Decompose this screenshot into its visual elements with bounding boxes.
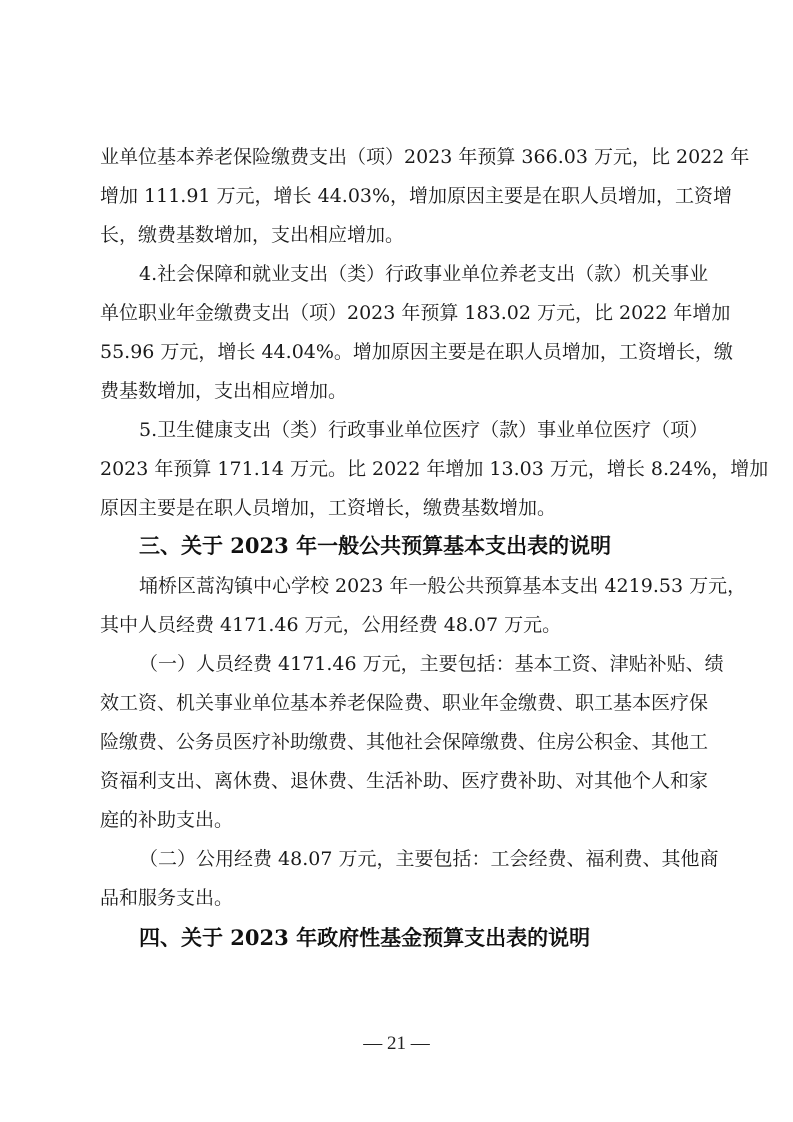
text-line: 增加 111.91 万元，增长 44.03%，增加原因主要是在职人员增加，工资增 [100, 184, 696, 208]
document-page: 业单位基本养老保险缴费支出（项）2023 年预算 366.03 万元，比 202… [0, 0, 793, 1122]
text-line: 55.96 万元，增长 44.04%。增加原因主要是在职人员增加，工资增长，缴 [100, 340, 696, 364]
text-line: 效工资、机关事业单位基本养老保险费、职业年金缴费、职工基本医疗保 [100, 691, 696, 715]
text-line: 2023 年预算 171.14 万元。比 2022 年增加 13.03 万元，增… [100, 457, 696, 481]
text-line: 其中人员经费 4171.46 万元，公用经费 48.07 万元。 [100, 613, 696, 637]
text-line: 业单位基本养老保险缴费支出（项）2023 年预算 366.03 万元，比 202… [100, 145, 696, 169]
text-line: 单位职业年金缴费支出（项）2023 年预算 183.02 万元，比 2022 年… [100, 301, 696, 325]
text-line: （一）人员经费 4171.46 万元，主要包括：基本工资、津贴补贴、绩 [139, 652, 696, 676]
page-number: — 21 — [0, 1032, 793, 1056]
text-line: 品和服务支出。 [100, 886, 696, 910]
text-line: 埇桥区蒿沟镇中心学校 2023 年一般公共预算基本支出 4219.53 万元， [139, 574, 696, 598]
text-line: 险缴费、公务员医疗补助缴费、其他社会保障缴费、住房公积金、其他工 [100, 730, 696, 754]
section-heading-3: 三、关于 2023 年一般公共预算基本支出表的说明 [139, 533, 611, 559]
text-line: 庭的补助支出。 [100, 808, 696, 832]
text-line: 4.社会保障和就业支出（类）行政事业单位养老支出（款）机关事业 [139, 262, 696, 286]
text-line: 5.卫生健康支出（类）行政事业单位医疗（款）事业单位医疗（项） [139, 418, 696, 442]
text-line: 长，缴费基数增加，支出相应增加。 [100, 223, 696, 247]
text-line: 费基数增加，支出相应增加。 [100, 379, 696, 403]
text-line: （二）公用经费 48.07 万元，主要包括：工会经费、福利费、其他商 [139, 847, 696, 871]
text-line: 原因主要是在职人员增加，工资增长，缴费基数增加。 [100, 496, 696, 520]
section-heading-4: 四、关于 2023 年政府性基金预算支出表的说明 [139, 925, 590, 951]
text-line: 资福利支出、离休费、退休费、生活补助、医疗费补助、对其他个人和家 [100, 769, 696, 793]
